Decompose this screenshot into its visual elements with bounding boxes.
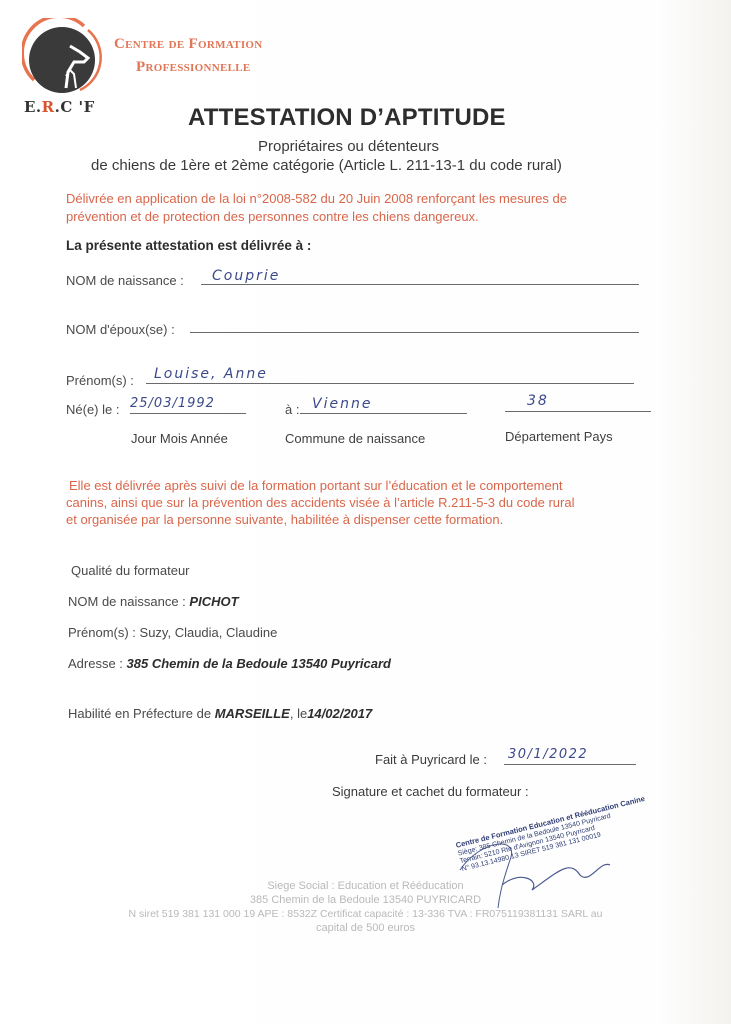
habilitation-sep: , le (290, 706, 307, 721)
training-notice-line-1: Elle est délivrée après suivi de la form… (69, 477, 563, 494)
document-title: ATTESTATION D’APTITUDE (188, 104, 506, 132)
habilitation-row: Habilité en Préfecture de MARSEILLE, le1… (68, 706, 372, 721)
recipient-heading: La présente attestation est délivrée à : (66, 238, 311, 253)
footer-line-2: 385 Chemin de la Bedoule 13540 PUYRICARD (0, 894, 731, 906)
trainer-quality-label: Qualité du formateur (71, 563, 190, 578)
birth-place-line (300, 413, 467, 414)
birth-date-line (130, 413, 246, 414)
footer-line-4: capital de 500 euros (0, 922, 731, 934)
caption-date: Jour Mois Année (131, 431, 228, 446)
birth-name-value: Couprie (212, 268, 280, 284)
footer-line-1: Siege Social : Education et Rééducation (0, 880, 731, 892)
done-at-line (504, 764, 636, 765)
trainer-first-names-row: Prénom(s) : Suzy, Claudia, Claudine (68, 625, 277, 640)
first-names-value: Louise, Anne (154, 366, 268, 382)
signature-label: Signature et cachet du formateur : (332, 784, 529, 799)
habilitation-date: 14/02/2017 (307, 706, 372, 721)
trainer-name-value: PICHOT (189, 594, 238, 609)
first-names-line (146, 383, 634, 384)
trainer-first-names-label: Prénom(s) : (68, 625, 136, 640)
document-page: E.R.C 'F Centre de Formation Professionn… (0, 0, 731, 1024)
trainer-address-value: 385 Chemin de la Bedoule 13540 Puyricard (127, 656, 391, 671)
training-notice-line-3: et organisée par la personne suivante, h… (66, 511, 503, 528)
footer-line-3: N siret 519 381 131 000 19 APE : 8532Z C… (0, 908, 731, 920)
spouse-name-line (190, 332, 639, 333)
legal-notice-line-2: prévention et de protection des personne… (66, 208, 479, 226)
trainer-name-label: NOM de naissance : (68, 594, 186, 609)
caption-department: Département Pays (505, 429, 613, 444)
trainer-first-names-value: Suzy, Claudia, Claudine (140, 625, 278, 640)
birth-date-value: 25/03/1992 (130, 396, 215, 411)
birth-place-value: Vienne (312, 396, 372, 412)
brand-line-2: Professionnelle (136, 59, 251, 76)
department-value: 38 (527, 393, 549, 409)
brand-line-1: Centre de Formation (114, 36, 263, 53)
first-names-label: Prénom(s) : (66, 373, 134, 388)
birth-date-label: Né(e) le : (66, 402, 119, 417)
subtitle-line-2: de chiens de 1ère et 2ème catégorie (Art… (91, 157, 562, 174)
department-line (505, 411, 651, 412)
birth-name-label: NOM de naissance : (66, 273, 184, 288)
caption-place: Commune de naissance (285, 431, 425, 446)
training-notice-line-2: canins, ainsi que sur la prévention des … (66, 494, 574, 511)
done-at-date: 30/1/2022 (508, 747, 588, 762)
trainer-address-label: Adresse : (68, 656, 123, 671)
trainer-address-row: Adresse : 385 Chemin de la Bedoule 13540… (68, 656, 391, 671)
habilitation-prefix: Habilité en Préfecture de (68, 706, 211, 721)
trainer-name-row: NOM de naissance : PICHOT (68, 594, 239, 609)
dog-cat-logo-icon (22, 18, 102, 98)
subtitle-line-1: Propriétaires ou détenteurs (258, 138, 439, 155)
legal-notice-line-1: Délivrée en application de la loi n°2008… (66, 190, 567, 208)
logo-letters: E.R.C 'F (24, 98, 95, 116)
habilitation-city: MARSEILLE (215, 706, 290, 721)
done-at-label: Fait à Puyricard le : (375, 752, 487, 767)
birth-name-line (201, 284, 639, 285)
birth-place-label: à : (285, 402, 299, 417)
spouse-name-label: NOM d'époux(se) : (66, 322, 175, 337)
